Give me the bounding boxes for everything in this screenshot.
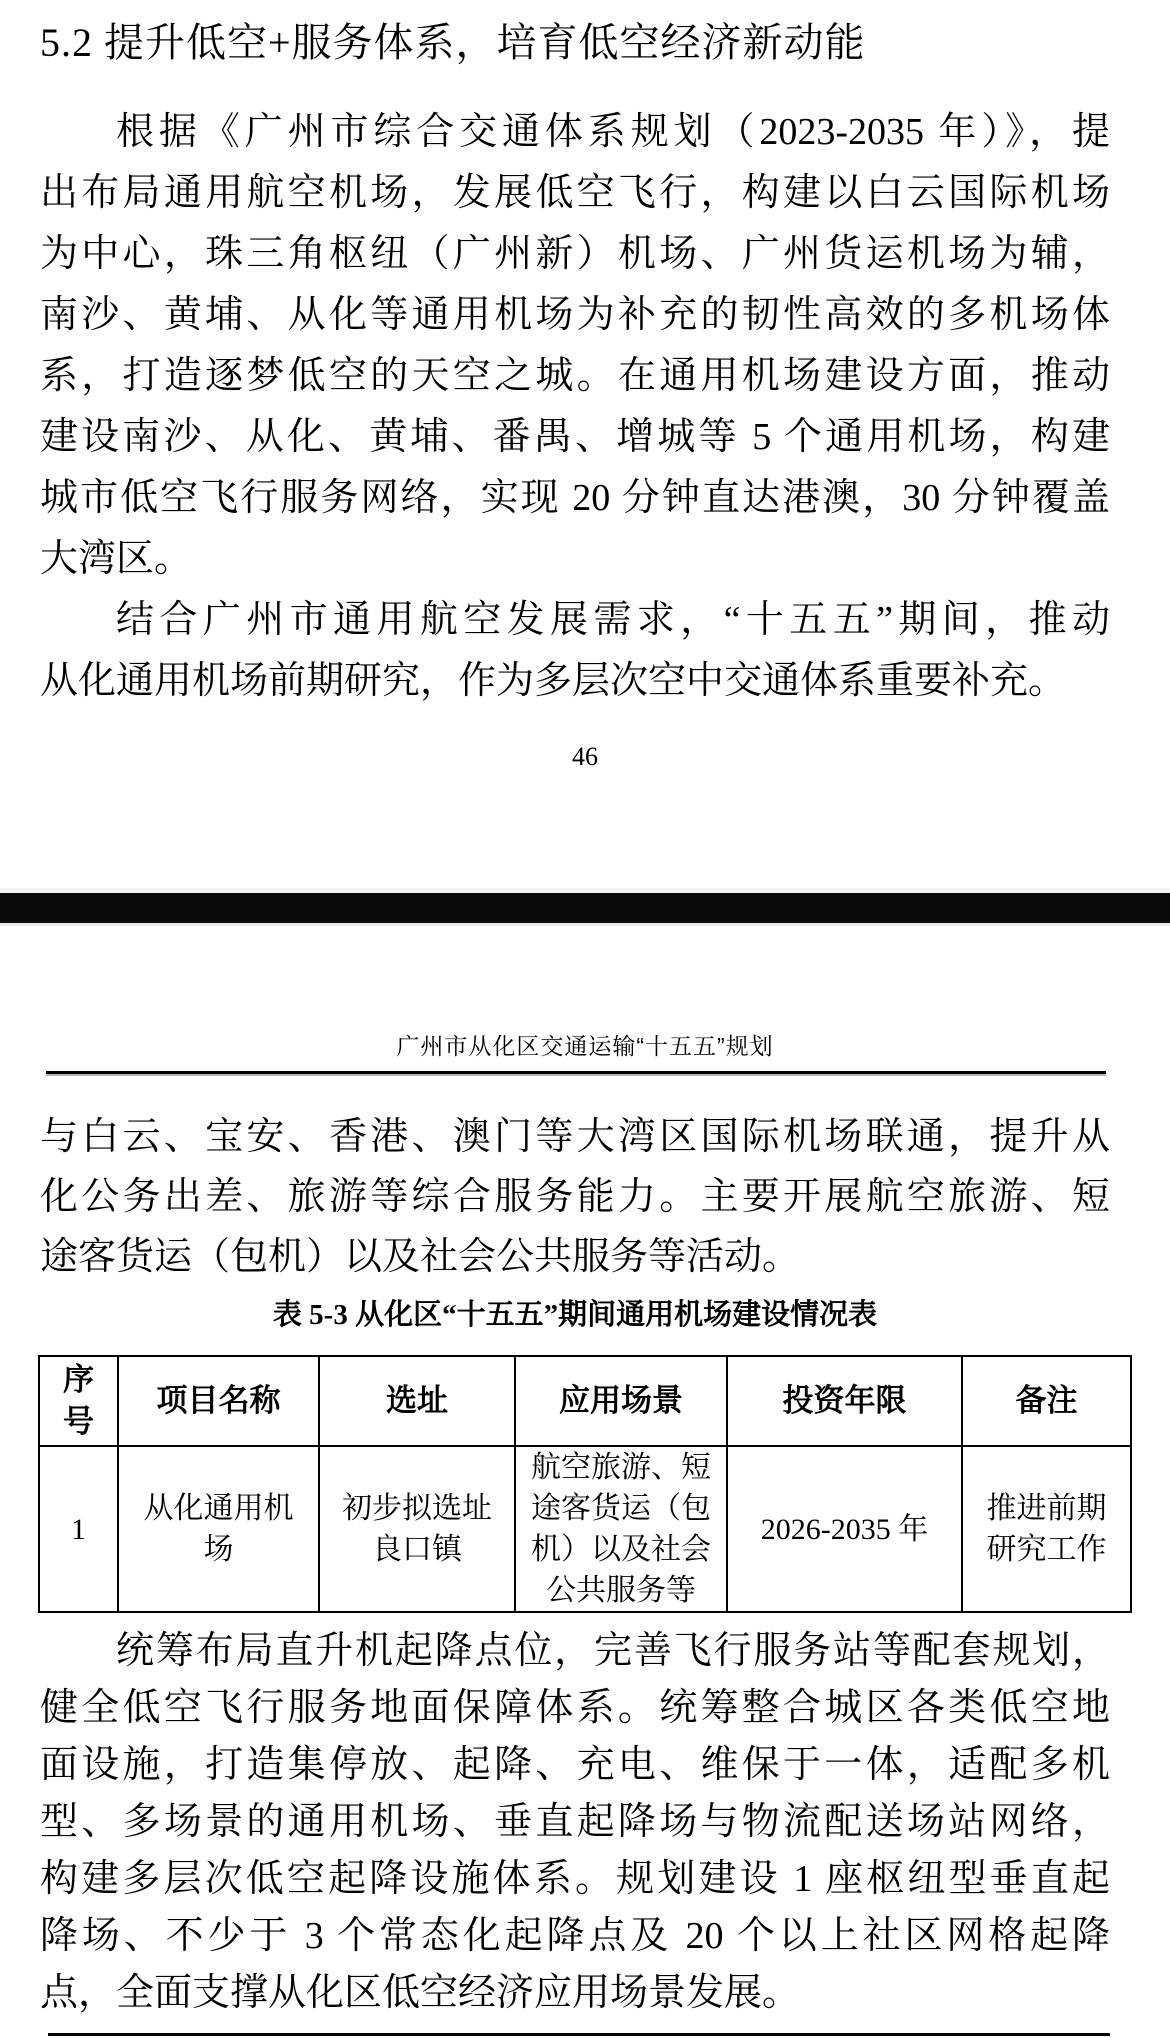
col-header-remarks: 备注 xyxy=(962,1356,1131,1446)
col-header-investment-period: 投资年限 xyxy=(727,1356,962,1446)
header-rule xyxy=(46,1071,1106,1076)
page-separator-bar xyxy=(0,888,1170,926)
cell-investment-period: 2026-2035 年 xyxy=(727,1446,962,1612)
table-header-row: 序号 项目名称 选址 应用场景 投资年限 备注 xyxy=(39,1356,1131,1446)
text-line: 系，打造逐梦低空的天空之城。在通用机场建设方面，推动 xyxy=(40,346,1110,407)
text-line: 化公务出差、旅游等综合服务能力。主要开展航空旅游、短 xyxy=(40,1167,1110,1227)
col-header-index: 序号 xyxy=(39,1356,118,1446)
text-line: 根据《广州市综合交通体系规划（2023-2035 年）》，提 xyxy=(40,102,1110,163)
text-line: 与白云、宝安、香港、澳门等大湾区国际机场联通，提升从 xyxy=(40,1107,1110,1167)
text-line: 建设南沙、从化、黄埔、番禺、增城等 5 个通用机场，构建 xyxy=(40,407,1110,468)
running-header: 广州市从化区交通运输“十五五”规划 xyxy=(0,1029,1170,1063)
text-line: 型、多场景的通用机场、垂直起降场与物流配送场站网络， xyxy=(40,1794,1110,1851)
text-line: 途客货运（包机）以及社会公共服务等活动。 xyxy=(40,1227,1110,1287)
paragraph-airport-services: 与白云、宝安、香港、澳门等大湾区国际机场联通，提升从化公务出差、旅游等综合服务能… xyxy=(40,1107,1110,1287)
section-heading: 5.2 提升低空+服务体系，培育低空经济新动能 xyxy=(40,16,1110,70)
cell-site: 初步拟选址良口镇 xyxy=(319,1446,515,1612)
text-line: 结合广州市通用航空发展需求，“十五五”期间，推动 xyxy=(40,590,1110,651)
general-airport-construction-table: 序号 项目名称 选址 应用场景 投资年限 备注 1 从化通用机场 初步拟选址良口… xyxy=(38,1355,1132,1613)
cell-index: 1 xyxy=(39,1446,118,1612)
cell-application: 航空旅游、短途客货运（包机）以及社会公共服务等 xyxy=(515,1446,727,1612)
paragraph-conghua-study: 结合广州市通用航空发展需求，“十五五”期间，推动从化通用机场前期研究，作为多层次… xyxy=(40,590,1110,712)
text-line: 健全低空飞行服务地面保障体系。统筹整合城区各类低空地 xyxy=(40,1680,1110,1737)
document-page-47: 广州市从化区交通运输“十五五”规划 与白云、宝安、香港、澳门等大湾区国际机场联通… xyxy=(0,1029,1170,2022)
cell-project-name: 从化通用机场 xyxy=(118,1446,319,1612)
col-header-site: 选址 xyxy=(319,1356,515,1446)
footer-rule xyxy=(48,2033,1110,2036)
text-line: 点，全面支撑从化区低空经济应用场景发展。 xyxy=(40,1965,1110,2022)
text-line: 面设施，打造集停放、起降、充电、维保于一体，适配多机 xyxy=(40,1737,1110,1794)
text-line: 出布局通用航空机场，发展低空飞行，构建以白云国际机场 xyxy=(40,163,1110,224)
text-line: 构建多层次低空起降设施体系。规划建设 1 座枢纽型垂直起 xyxy=(40,1851,1110,1908)
text-line: 城市低空飞行服务网络，实现 20 分钟直达港澳，30 分钟覆盖 xyxy=(40,468,1110,529)
text-line: 从化通用机场前期研究，作为多层次空中交通体系重要补充。 xyxy=(40,651,1110,712)
table-caption: 表 5-3 从化区“十五五”期间通用机场建设情况表 xyxy=(40,1295,1110,1335)
text-line: 为中心，珠三角枢纽（广州新）机场、广州货运机场为辅， xyxy=(40,224,1110,285)
table-row: 1 从化通用机场 初步拟选址良口镇 航空旅游、短途客货运（包机）以及社会公共服务… xyxy=(39,1446,1131,1612)
col-header-project-name: 项目名称 xyxy=(118,1356,319,1446)
text-line: 降场、不少于 3 个常态化起降点及 20 个以上社区网格起降 xyxy=(40,1908,1110,1965)
document-page-46: 5.2 提升低空+服务体系，培育低空经济新动能 根据《广州市综合交通体系规划（2… xyxy=(0,0,1170,888)
col-header-application: 应用场景 xyxy=(515,1356,727,1446)
paragraph-airport-layout: 根据《广州市综合交通体系规划（2023-2035 年）》，提出布局通用航空机场，… xyxy=(40,102,1110,590)
text-line: 统筹布局直升机起降点位，完善飞行服务站等配套规划， xyxy=(40,1623,1110,1680)
page-number: 46 xyxy=(0,740,1170,774)
paragraph-vertiport-network: 统筹布局直升机起降点位，完善飞行服务站等配套规划，健全低空飞行服务地面保障体系。… xyxy=(40,1623,1110,2022)
cell-remarks: 推进前期研究工作 xyxy=(962,1446,1131,1612)
text-line: 大湾区。 xyxy=(40,529,1110,590)
text-line: 南沙、黄埔、从化等通用机场为补充的韧性高效的多机场体 xyxy=(40,285,1110,346)
